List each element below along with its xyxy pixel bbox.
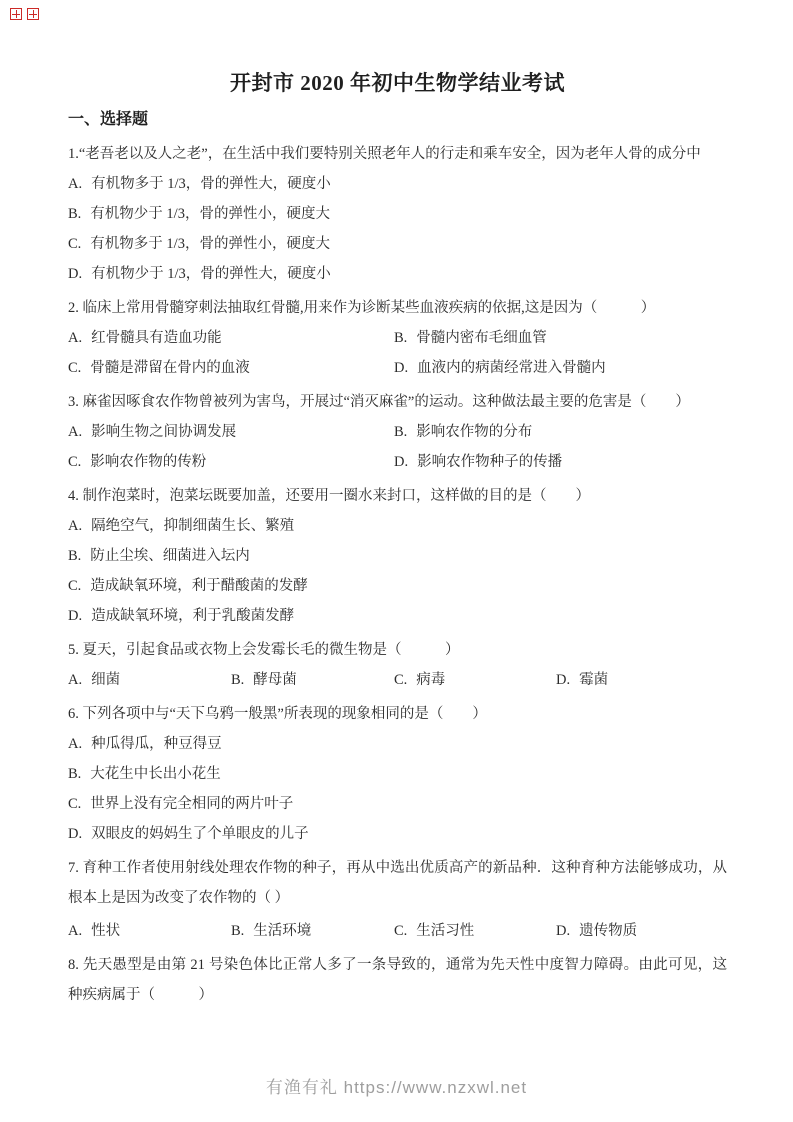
option-label: B. bbox=[68, 548, 81, 564]
question-1: 1.“老吾老以及人之老”，在生活中我们要特别关照老年人的行走和乘车安全，因为老年… bbox=[68, 139, 727, 289]
option: A.影响生物之间协调发展 bbox=[68, 417, 394, 447]
option-label: D. bbox=[394, 360, 408, 376]
option-text: 造成缺氧环境，利于乳酸菌发酵 bbox=[91, 608, 294, 624]
question-stem: 7. 育种工作者使用射线处理农作物的种子，再从中选出优质高产的新品种．这种育种方… bbox=[68, 853, 727, 913]
option-text: 防止尘埃、细菌进入坛内 bbox=[90, 548, 250, 564]
options-list: A.红骨髓具有造血功能 B.骨髓内密布毛细血管 C.骨髓是滞留在骨内的血液 D.… bbox=[68, 323, 727, 383]
question-stem: 2. 临床上常用骨髓穿刺法抽取红骨髓,用来作为诊断某些血液疾病的依据,这是因为（… bbox=[68, 293, 727, 323]
option-label: C. bbox=[394, 923, 407, 939]
question-stem: 5. 夏天，引起食品或衣物上会发霉长毛的微生物是（ ） bbox=[68, 635, 727, 665]
exam-page: 开封市 2020 年初中生物学结业考试 一、选择题 1.“老吾老以及人之老”，在… bbox=[0, 0, 793, 1010]
question-3: 3. 麻雀因啄食农作物曾被列为害鸟，开展过“消灭麻雀”的运动。这种做法最主要的危… bbox=[68, 387, 727, 477]
option-text: 红骨髓具有造血功能 bbox=[91, 330, 222, 346]
option: D.血液内的病菌经常进入骨髓内 bbox=[394, 353, 727, 383]
option-label: D. bbox=[556, 672, 570, 688]
option-label: C. bbox=[394, 672, 407, 688]
options-list: A.有机物多于 1/3，骨的弹性大，硬度小 B.有机物少于 1/3，骨的弹性小，… bbox=[68, 169, 727, 289]
question-stem: 4. 制作泡菜时，泡菜坛既要加盖，还要用一圈水来封口，这样做的目的是（ ） bbox=[68, 481, 727, 511]
footer-link[interactable]: https://www.nzxwl.net bbox=[344, 1078, 528, 1097]
option-text: 种瓜得瓜，种豆得豆 bbox=[91, 736, 222, 752]
option: B.防止尘埃、细菌进入坛内 bbox=[68, 541, 727, 571]
option-label: B. bbox=[231, 923, 244, 939]
option-text: 生活习性 bbox=[416, 923, 474, 939]
option-label: B. bbox=[394, 330, 407, 346]
option-label: C. bbox=[68, 360, 81, 376]
option-text: 病毒 bbox=[416, 672, 445, 688]
option: A.种瓜得瓜，种豆得豆 bbox=[68, 729, 727, 759]
option: D.霉菌 bbox=[556, 665, 727, 695]
option-text: 霉菌 bbox=[579, 672, 608, 688]
option: C.病毒 bbox=[394, 665, 556, 695]
option-text: 性状 bbox=[91, 923, 120, 939]
question-5: 5. 夏天，引起食品或衣物上会发霉长毛的微生物是（ ） A.细菌 B.酵母菌 C… bbox=[68, 635, 727, 695]
option-label: B. bbox=[231, 672, 244, 688]
option-text: 细菌 bbox=[91, 672, 120, 688]
option-text: 骨髓是滞留在骨内的血液 bbox=[90, 360, 250, 376]
option-text: 影响生物之间协调发展 bbox=[91, 424, 236, 440]
option-label: A. bbox=[68, 518, 82, 534]
option: A.性状 bbox=[68, 916, 231, 946]
question-stem: 8. 先天愚型是由第 21 号染色体比正常人多了一条导致的，通常为先天性中度智力… bbox=[68, 950, 727, 1010]
option-label: C. bbox=[68, 236, 81, 252]
options-list: A.种瓜得瓜，种豆得豆 B.大花生中长出小花生 C.世界上没有完全相同的两片叶子… bbox=[68, 729, 727, 849]
option: C.有机物多于 1/3，骨的弹性小，硬度大 bbox=[68, 229, 727, 259]
option: C.世界上没有完全相同的两片叶子 bbox=[68, 789, 727, 819]
option-label: A. bbox=[68, 672, 82, 688]
option-text: 有机物多于 1/3，骨的弹性大，硬度小 bbox=[91, 176, 331, 192]
question-6: 6. 下列各项中与“天下乌鸦一般黑”所表现的现象相同的是（ ） A.种瓜得瓜，种… bbox=[68, 699, 727, 849]
option-label: A. bbox=[68, 736, 82, 752]
options-list: A.性状 B.生活环境 C.生活习性 D.遗传物质 bbox=[68, 916, 727, 946]
options-list: A.细菌 B.酵母菌 C.病毒 D.霉菌 bbox=[68, 665, 727, 695]
option: B.有机物少于 1/3，骨的弹性小，硬度大 bbox=[68, 199, 727, 229]
question-2: 2. 临床上常用骨髓穿刺法抽取红骨髓,用来作为诊断某些血液疾病的依据,这是因为（… bbox=[68, 293, 727, 383]
option-text: 隔绝空气，抑制细菌生长、繁殖 bbox=[91, 518, 294, 534]
option-label: C. bbox=[68, 578, 81, 594]
option-text: 有机物少于 1/3，骨的弹性大，硬度小 bbox=[91, 266, 331, 282]
option-text: 影响农作物的分布 bbox=[416, 424, 532, 440]
option-label: C. bbox=[68, 454, 81, 470]
question-7: 7. 育种工作者使用射线处理农作物的种子，再从中选出优质高产的新品种．这种育种方… bbox=[68, 853, 727, 946]
options-list: A.影响生物之间协调发展 B.影响农作物的分布 C.影响农作物的传粉 D.影响农… bbox=[68, 417, 727, 477]
option-text: 影响农作物的传粉 bbox=[90, 454, 206, 470]
option-label: B. bbox=[68, 206, 81, 222]
option: A.红骨髓具有造血功能 bbox=[68, 323, 394, 353]
option-label: B. bbox=[68, 766, 81, 782]
option: D.有机物少于 1/3，骨的弹性大，硬度小 bbox=[68, 259, 727, 289]
option: D.影响农作物种子的传播 bbox=[394, 447, 727, 477]
option-text: 影响农作物种子的传播 bbox=[417, 454, 562, 470]
option: A.隔绝空气，抑制细菌生长、繁殖 bbox=[68, 511, 727, 541]
option-label: D. bbox=[68, 266, 82, 282]
option-label: A. bbox=[68, 176, 82, 192]
option-text: 有机物多于 1/3，骨的弹性小，硬度大 bbox=[90, 236, 330, 252]
option: B.大花生中长出小花生 bbox=[68, 759, 727, 789]
page-title: 开封市 2020 年初中生物学结业考试 bbox=[68, 68, 727, 98]
option: B.生活环境 bbox=[231, 916, 394, 946]
option-label: A. bbox=[68, 923, 82, 939]
option-text: 骨髓内密布毛细血管 bbox=[416, 330, 547, 346]
option: B.影响农作物的分布 bbox=[394, 417, 727, 447]
option-text: 有机物少于 1/3，骨的弹性小，硬度大 bbox=[90, 206, 330, 222]
option: B.酵母菌 bbox=[231, 665, 394, 695]
option-label: A. bbox=[68, 424, 82, 440]
question-8: 8. 先天愚型是由第 21 号染色体比正常人多了一条导致的，通常为先天性中度智力… bbox=[68, 950, 727, 1010]
option-text: 双眼皮的妈妈生了个单眼皮的儿子 bbox=[91, 826, 309, 842]
option-label: A. bbox=[68, 330, 82, 346]
option: A.有机物多于 1/3，骨的弹性大，硬度小 bbox=[68, 169, 727, 199]
option: D.遗传物质 bbox=[556, 916, 727, 946]
option-label: D. bbox=[556, 923, 570, 939]
options-list: A.隔绝空气，抑制细菌生长、繁殖 B.防止尘埃、细菌进入坛内 C.造成缺氧环境，… bbox=[68, 511, 727, 631]
option: D.造成缺氧环境，利于乳酸菌发酵 bbox=[68, 601, 727, 631]
option-label: C. bbox=[68, 796, 81, 812]
option: C.骨髓是滞留在骨内的血液 bbox=[68, 353, 394, 383]
option: A.细菌 bbox=[68, 665, 231, 695]
option-text: 血液内的病菌经常进入骨髓内 bbox=[417, 360, 606, 376]
option: C.生活习性 bbox=[394, 916, 556, 946]
option-text: 遗传物质 bbox=[579, 923, 637, 939]
option-text: 世界上没有完全相同的两片叶子 bbox=[90, 796, 293, 812]
option-label: D. bbox=[68, 608, 82, 624]
option: C.影响农作物的传粉 bbox=[68, 447, 394, 477]
option-text: 酵母菌 bbox=[253, 672, 297, 688]
question-stem: 6. 下列各项中与“天下乌鸦一般黑”所表现的现象相同的是（ ） bbox=[68, 699, 727, 729]
option-text: 生活环境 bbox=[253, 923, 311, 939]
question-4: 4. 制作泡菜时，泡菜坛既要加盖，还要用一圈水来封口，这样做的目的是（ ） A.… bbox=[68, 481, 727, 631]
option-text: 造成缺氧环境，利于醋酸菌的发酵 bbox=[90, 578, 308, 594]
question-stem: 3. 麻雀因啄食农作物曾被列为害鸟，开展过“消灭麻雀”的运动。这种做法最主要的危… bbox=[68, 387, 727, 417]
option: D.双眼皮的妈妈生了个单眼皮的儿子 bbox=[68, 819, 727, 849]
option-label: D. bbox=[394, 454, 408, 470]
option: B.骨髓内密布毛细血管 bbox=[394, 323, 727, 353]
section-heading: 一、选择题 bbox=[68, 104, 727, 135]
option-label: B. bbox=[394, 424, 407, 440]
option: C.造成缺氧环境，利于醋酸菌的发酵 bbox=[68, 571, 727, 601]
footer-site-name: 有渔有礼 bbox=[266, 1078, 338, 1097]
option-text: 大花生中长出小花生 bbox=[90, 766, 221, 782]
option-label: D. bbox=[68, 826, 82, 842]
footer-watermark: 有渔有礼 https://www.nzxwl.net bbox=[0, 1073, 793, 1098]
question-stem: 1.“老吾老以及人之老”，在生活中我们要特别关照老年人的行走和乘车安全，因为老年… bbox=[68, 139, 727, 169]
